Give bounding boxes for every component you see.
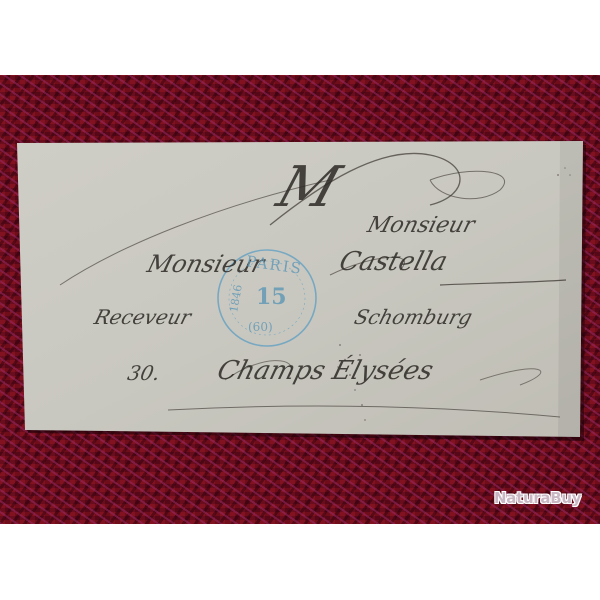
recipient-name: Castella [336, 247, 451, 277]
occupation: Receveur [92, 305, 194, 329]
postmark-bureau: (60) [248, 320, 273, 334]
photo: M Monsieur Monsieur Castella Receveur Sc… [0, 75, 600, 524]
postmark-year: 1846 [227, 284, 245, 314]
postmark-day: 15 [256, 284, 287, 310]
salutation: M [269, 155, 343, 220]
title-right: Monsieur [365, 213, 478, 238]
location: Schomburg [352, 305, 475, 329]
watermark-logo: NaturaBuy [494, 489, 581, 507]
postmark: PARIS 15 (60) 1846 [218, 250, 316, 346]
street-number: 30. [125, 361, 162, 385]
postmark-city: PARIS [245, 252, 304, 278]
street-name: Champs Élysées [214, 356, 437, 386]
